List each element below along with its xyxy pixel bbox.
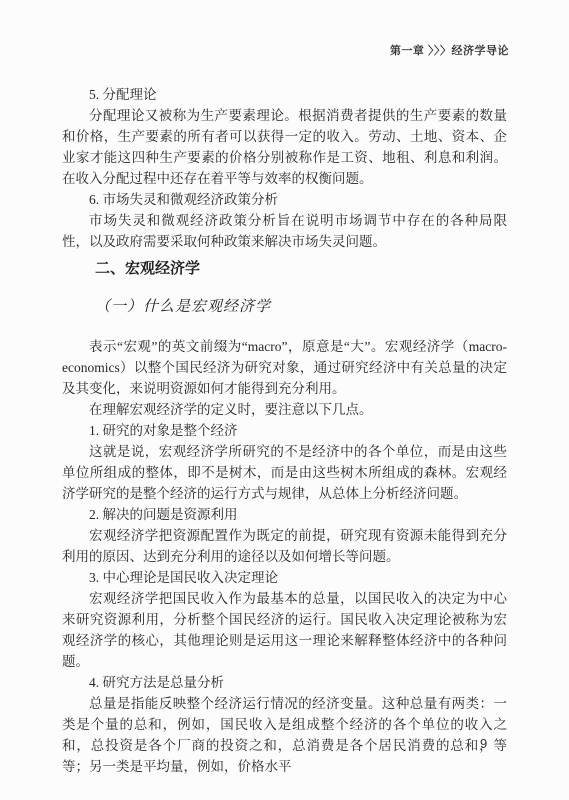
numbered-subheading: 2. 解决的问题是资源利用 <box>62 504 507 525</box>
body-paragraph: 总量是指能反映整个经济运行情况的经济变量。这种总量有两类：一类是个量的总和，例如… <box>62 693 507 777</box>
body-paragraph: 在理解宏观经济学的定义时，要注意以下几点。 <box>62 399 507 420</box>
page-body: 5. 分配理论 分配理论又被称为生产要素理论。根据消费者提供的生产要素的数量和价… <box>62 84 507 777</box>
running-header-chapter: 第一章 〉〉〉经济学导论 <box>62 42 509 58</box>
numbered-subheading: 5. 分配理论 <box>62 84 507 105</box>
numbered-subheading: 1. 研究的对象是整个经济 <box>62 420 507 441</box>
book-page: 第一章 〉〉〉经济学导论 5. 分配理论 分配理论又被称为生产要素理论。根据消费… <box>0 0 569 800</box>
numbered-subheading: 4. 研究方法是总量分析 <box>62 672 507 693</box>
body-paragraph: 宏观经济学把资源配置作为既定的前提，研究现有资源未能得到充分利用的原因、达到充分… <box>62 525 507 567</box>
body-paragraph: 表示“宏观”的英文前缀为“macro”，原意是“大”。宏观经济学（macro-e… <box>62 336 507 399</box>
body-paragraph: 分配理论又被称为生产要素理论。根据消费者提供的生产要素的数量和价格，生产要素的所… <box>62 105 507 189</box>
subsection-heading: （一）什么是宏观经济学 <box>62 297 507 318</box>
section-heading: 二、宏观经济学 <box>62 258 507 279</box>
page-number: 9 <box>480 736 487 751</box>
body-paragraph: 这就是说，宏观经济学所研究的不是经济中的各个单位，而是由这些单位所组成的整体，即… <box>62 441 507 504</box>
body-paragraph: 宏观经济学把国民收入作为最基本的总量，以国民收入的决定为中心来研究资源利用，分析… <box>62 588 507 672</box>
numbered-subheading: 6. 市场失灵和微观经济政策分析 <box>62 189 507 210</box>
numbered-subheading: 3. 中心理论是国民收入决定理论 <box>62 567 507 588</box>
body-paragraph: 市场失灵和微观经济政策分析旨在说明市场调节中存在的各种局限性，以及政府需要采取何… <box>62 210 507 252</box>
